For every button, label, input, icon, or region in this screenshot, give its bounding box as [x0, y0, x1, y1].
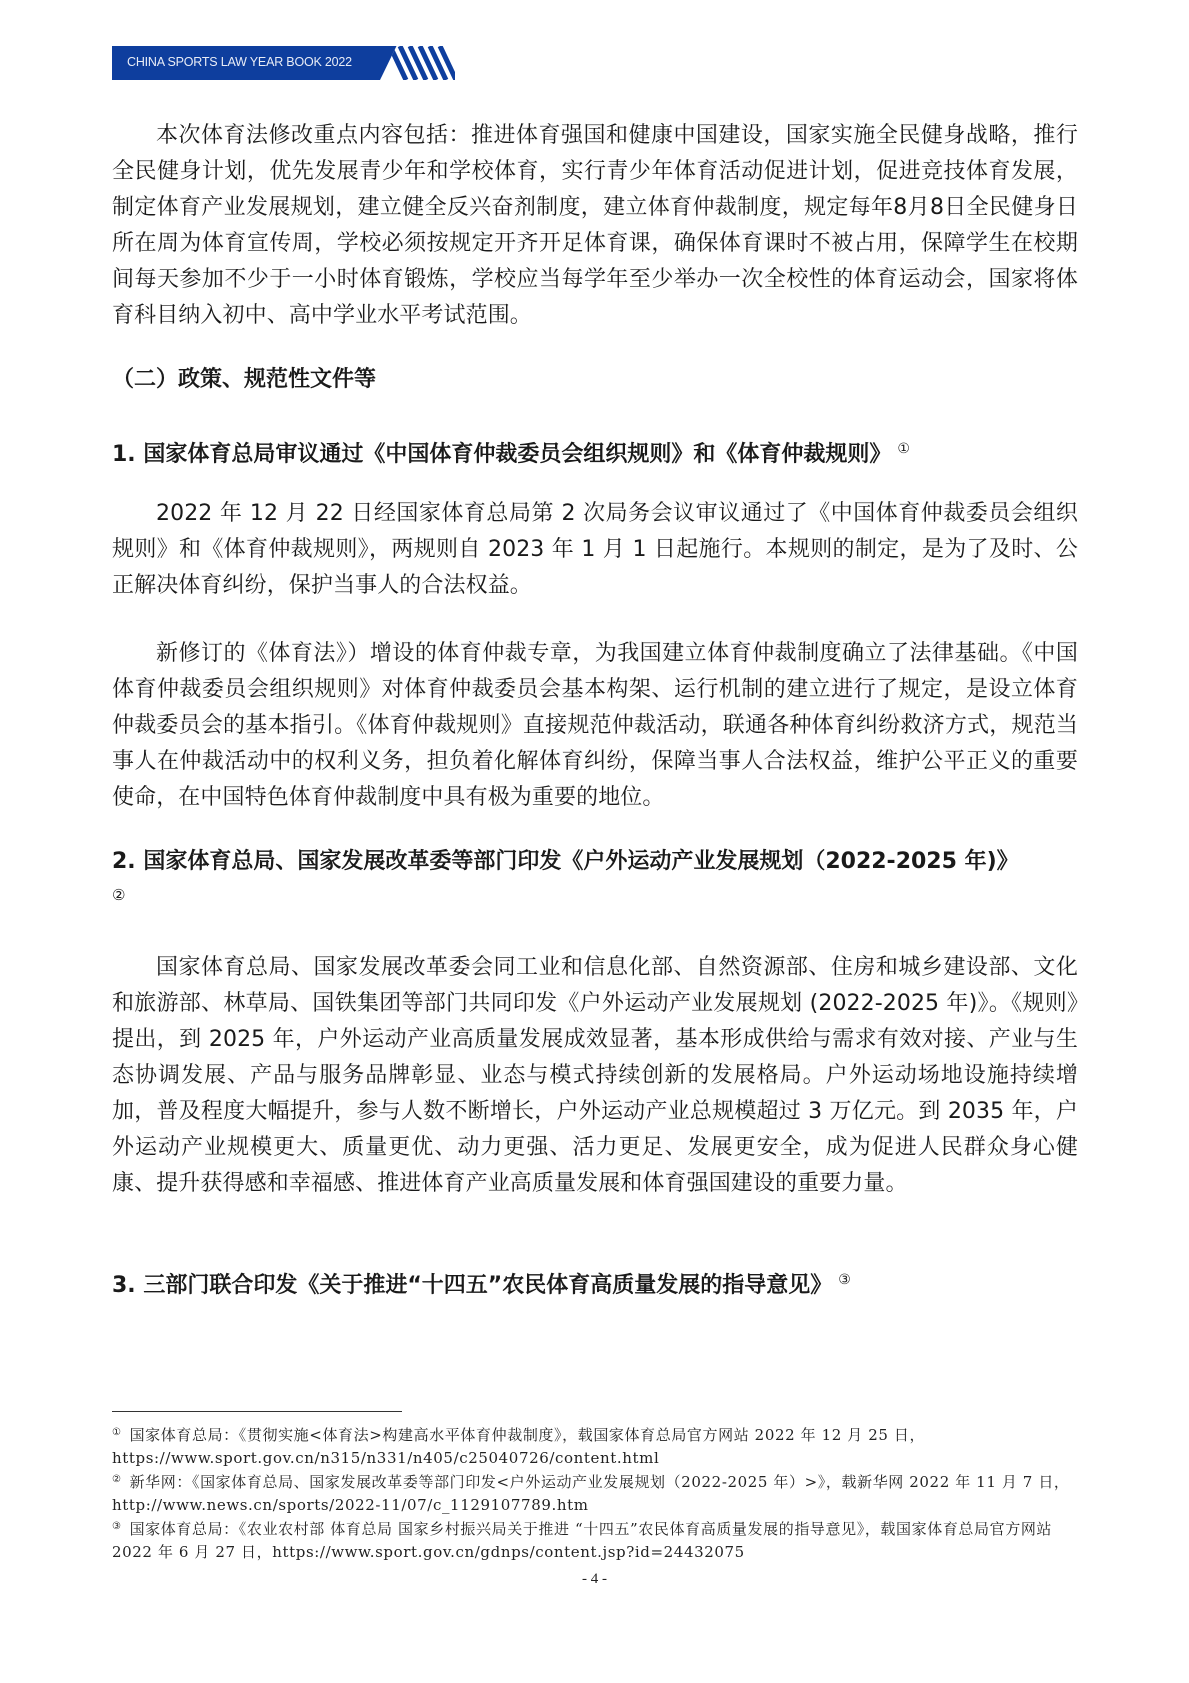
- item-1-paragraph-1: 2022 年 12 月 22 日经国家体育总局第 2 次局务会议审议通过了《中国…: [112, 496, 1078, 604]
- item-2-heading: 2. 国家体育总局、国家发展改革委等部门印发《户外运动产业发展规划（2022-2…: [112, 844, 1078, 880]
- item-2-paragraph-1: 国家体育总局、国家发展改革委会同工业和信息化部、自然资源部、住房和城乡建设部、文…: [112, 950, 1078, 1202]
- item-3-heading-text: 3. 三部门联合印发《关于推进“十四五”农民体育高质量发展的指导意见》: [112, 1273, 832, 1298]
- item-2-body: 国家体育总局、国家发展改革委会同工业和信息化部、自然资源部、住房和城乡建设部、文…: [112, 950, 1078, 1202]
- footnote-1-mark: ①: [112, 1427, 122, 1438]
- footnote-3-text: 国家体育总局：《农业农村部 体育总局 国家乡村振兴局关于推进 “十四五”农民体育…: [112, 1520, 1052, 1561]
- page-number: - 4 -: [0, 1571, 1189, 1588]
- footnote-3-mark: ③: [112, 1521, 122, 1532]
- footnote-3: ③国家体育总局：《农业农村部 体育总局 国家乡村振兴局关于推进 “十四五”农民体…: [112, 1516, 1078, 1563]
- item-1-body: 2022 年 12 月 22 日经国家体育总局第 2 次局务会议审议通过了《中国…: [112, 496, 1078, 604]
- item-1-heading: 1. 国家体育总局审议通过《中国体育仲裁委员会组织规则》和《体育仲裁规则》①: [112, 431, 910, 473]
- footnote-1: ①国家体育总局：《贯彻实施<体育法>构建高水平体育仲裁制度》，载国家体育总局官方…: [112, 1422, 1078, 1469]
- item-2-heading-text: 2. 国家体育总局、国家发展改革委等部门印发《户外运动产业发展规划（2022-2…: [112, 849, 1019, 874]
- footnote-ref-3[interactable]: ③: [838, 1272, 851, 1288]
- intro-section: 本次体育法修改重点内容包括：推进体育强国和健康中国建设，国家实施全民健身战略，推…: [112, 118, 1078, 334]
- item-1-heading-text: 1. 国家体育总局审议通过《中国体育仲裁委员会组织规则》和《体育仲裁规则》: [112, 442, 891, 467]
- section-title: （二）政策、规范性文件等: [112, 362, 376, 398]
- footnote-separator: [112, 1411, 402, 1412]
- item-1-body-2: 新修订的《体育法》）增设的体育仲裁专章，为我国建立体育仲裁制度确立了法律基础。《…: [112, 636, 1078, 816]
- item-3-heading: 3. 三部门联合印发《关于推进“十四五”农民体育高质量发展的指导意见》③: [112, 1262, 851, 1304]
- footnotes: ①国家体育总局：《贯彻实施<体育法>构建高水平体育仲裁制度》，载国家体育总局官方…: [112, 1422, 1078, 1563]
- footnote-2-mark: ②: [112, 1474, 122, 1485]
- footnote-ref-1[interactable]: ①: [897, 441, 910, 457]
- footnote-2-text: 新华网：《国家体育总局、国家发展改革委等部门印发<户外运动产业发展规划（2022…: [112, 1473, 1070, 1514]
- footnote-2: ②新华网：《国家体育总局、国家发展改革委等部门印发<户外运动产业发展规划（202…: [112, 1469, 1078, 1516]
- footnote-1-text: 国家体育总局：《贯彻实施<体育法>构建高水平体育仲裁制度》，载国家体育总局官方网…: [112, 1426, 925, 1467]
- intro-paragraph: 本次体育法修改重点内容包括：推进体育强国和健康中国建设，国家实施全民健身战略，推…: [112, 118, 1078, 334]
- header-banner: CHINA SPORTS LAW YEAR BOOK 2022: [112, 46, 455, 80]
- item-1-paragraph-2: 新修订的《体育法》）增设的体育仲裁专章，为我国建立体育仲裁制度确立了法律基础。《…: [112, 636, 1078, 816]
- yearbook-title: CHINA SPORTS LAW YEAR BOOK 2022: [127, 55, 352, 69]
- footnote-ref-2[interactable]: ②: [112, 886, 125, 904]
